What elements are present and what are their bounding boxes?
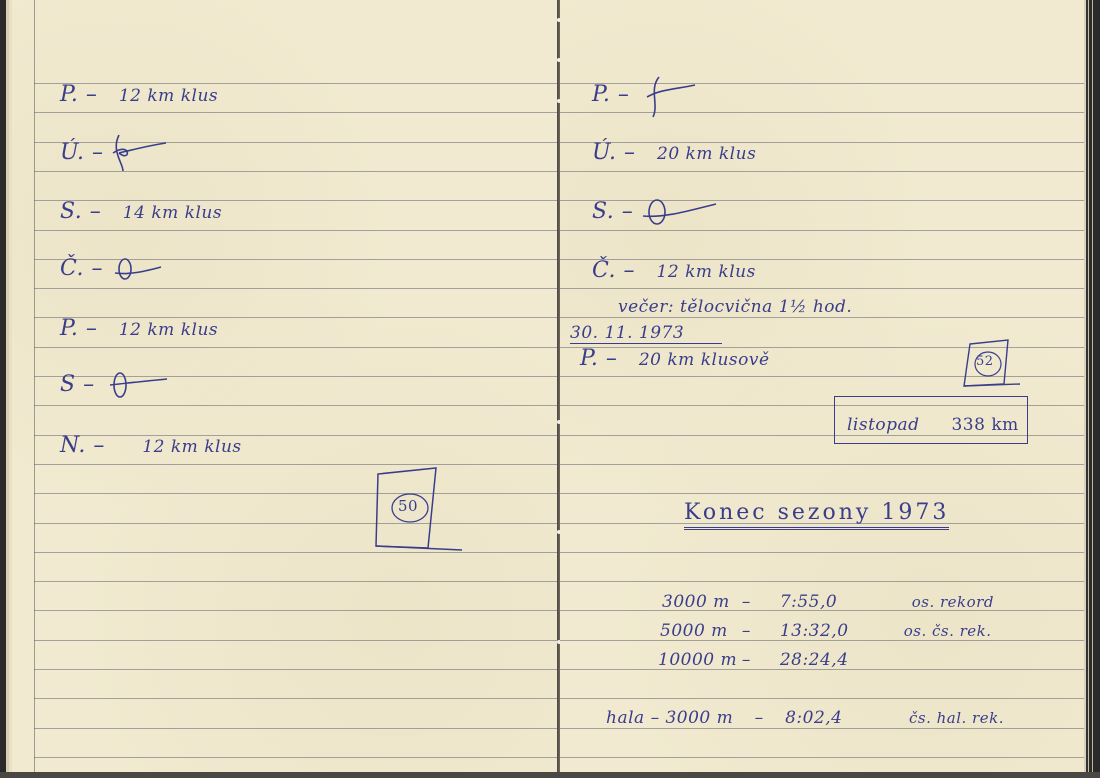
day-abbrev: Č. (592, 258, 616, 283)
ruled-line (560, 171, 1084, 172)
page-number: 52 (976, 354, 994, 369)
notebook-bottom-edge (0, 772, 1100, 778)
indoor-note: čs. hal. rek. (909, 709, 1004, 727)
entry-text: 14 km klus (123, 203, 222, 223)
ruled-line (560, 581, 1084, 582)
ruled-line (34, 230, 558, 231)
log-entry: S. – (592, 199, 691, 224)
day-abbrev: P. (60, 82, 78, 107)
log-entry: S. – 14 km klus (60, 199, 222, 224)
ruled-line (34, 610, 558, 611)
dash: – (624, 258, 636, 283)
day-abbrev: S. (60, 199, 82, 224)
zero-dash-icon (641, 200, 691, 224)
ruled-line (560, 317, 1084, 318)
dash: – (651, 708, 660, 728)
dash: – (624, 140, 636, 165)
ruled-line (560, 698, 1084, 699)
log-entry: Ú. – 20 km klus (592, 140, 756, 165)
log-entry: P. – 12 km klus (60, 82, 218, 107)
result-row: 10000 m – 28:24,4 (658, 650, 898, 670)
result-row: 5000 m – 13:32,0 os. čs. rek. (660, 621, 992, 641)
day-abbrev: P. (60, 316, 78, 341)
result-time: 13:32,0 (780, 621, 898, 641)
log-entry: P. – (592, 82, 687, 107)
result-row: 3000 m – 7:55,0 os. rekord (662, 592, 994, 612)
dash: – (742, 592, 774, 612)
log-entry: Ú. – (60, 140, 161, 165)
page-number: 50 (398, 497, 418, 515)
page-number-box (960, 338, 1030, 390)
dash: – (86, 316, 98, 341)
result-note: os. čs. rek. (904, 622, 992, 640)
ruled-line (34, 493, 558, 494)
indoor-result-row: hala – 3000 m – 8:02,4 čs. hal. rek. (606, 708, 1004, 728)
dash: – (90, 199, 102, 224)
month-distance: 338 km (951, 415, 1018, 435)
ruled-line (34, 523, 558, 524)
zero-dash-icon (637, 83, 687, 107)
day-abbrev: P. (580, 346, 598, 371)
log-entry: P. – 12 km klus (60, 316, 218, 341)
day-abbrev: S. (592, 199, 614, 224)
day-abbrev: Ú. (60, 140, 85, 165)
result-distance: 5000 m (660, 621, 736, 641)
indoor-label: hala (606, 708, 645, 728)
log-entry: Č. – 12 km klus (592, 258, 756, 283)
margin-line (34, 0, 35, 772)
ruled-line (34, 728, 558, 729)
entry-text: 12 km klus (119, 86, 218, 106)
result-distance: 3000 m (662, 592, 736, 612)
dash: – (93, 433, 105, 458)
zero-dash-icon (102, 373, 152, 397)
ruled-line (560, 493, 1084, 494)
ruled-line (34, 112, 558, 113)
indoor-time: 8:02,4 (785, 708, 903, 728)
log-entry: Č. – (60, 256, 161, 281)
dash: – (622, 199, 634, 224)
dash: – (739, 708, 779, 728)
ruled-line (34, 464, 558, 465)
dash: – (742, 621, 774, 641)
ruled-line (34, 347, 558, 348)
zero-dash-icon (111, 141, 161, 165)
result-time: 28:24,4 (780, 650, 898, 670)
dash: – (742, 650, 774, 670)
ruled-line (560, 464, 1084, 465)
result-note: os. rekord (912, 593, 994, 611)
ruled-line (34, 405, 558, 406)
ruled-line (560, 230, 1084, 231)
ruled-line (560, 552, 1084, 553)
dash: – (92, 140, 104, 165)
day-abbrev: N. (60, 433, 86, 458)
ruled-line (560, 288, 1084, 289)
entry-text: 12 km klus (657, 262, 756, 282)
ruled-line (34, 757, 558, 758)
entry-text: 12 km klus (142, 437, 241, 457)
notebook-right-edge (1084, 0, 1100, 778)
month-name: listopad (847, 415, 920, 435)
dash: – (606, 346, 618, 371)
ruled-line (34, 698, 558, 699)
indoor-distance: 3000 m (665, 708, 733, 728)
entry-text: 20 km klus (657, 144, 756, 164)
season-heading-text: Konec sezony 1973 (684, 500, 949, 530)
open-notebook: P. – 12 km klus Ú. – S. – 14 km klus Č. … (0, 0, 1100, 778)
season-heading: Konec sezony 1973 (684, 500, 949, 525)
dash: – (86, 82, 98, 107)
dash: – (618, 82, 630, 107)
ruled-line (34, 552, 558, 553)
right-page: P. – Ú. – 20 km klus S. – Č. – 12 km klu… (560, 0, 1084, 772)
dash: – (83, 372, 95, 397)
result-time: 7:55,0 (780, 592, 906, 612)
evening-note: večer: tělocvična 1½ hod. (618, 297, 852, 317)
dash: – (92, 256, 104, 281)
ruled-line (560, 757, 1084, 758)
day-abbrev: Č. (60, 256, 84, 281)
entry-text: 12 km klus (119, 320, 218, 340)
log-entry: P. – 20 km klusově (580, 346, 770, 371)
result-distance: 10000 m (658, 650, 736, 670)
entry-text: 20 km klusově (639, 350, 770, 370)
log-entry: S – (60, 372, 152, 397)
day-abbrev: Ú. (592, 140, 617, 165)
date-text: 30. 11. 1973 (570, 323, 722, 344)
zero-dash-icon (111, 257, 161, 281)
date-heading: 30. 11. 1973 (570, 323, 722, 343)
ruled-line (34, 640, 558, 641)
left-page: P. – 12 km klus Ú. – S. – 14 km klus Č. … (12, 0, 559, 772)
ruled-line (34, 581, 558, 582)
page-number-box (370, 462, 470, 554)
day-abbrev: P. (592, 82, 610, 107)
log-entry: N. – 12 km klus (60, 433, 242, 458)
ruled-line (34, 669, 558, 670)
month-total-box: listopad 338 km (834, 396, 1028, 444)
day-abbrev: S (60, 372, 76, 397)
month-total: listopad 338 km (847, 415, 1019, 435)
